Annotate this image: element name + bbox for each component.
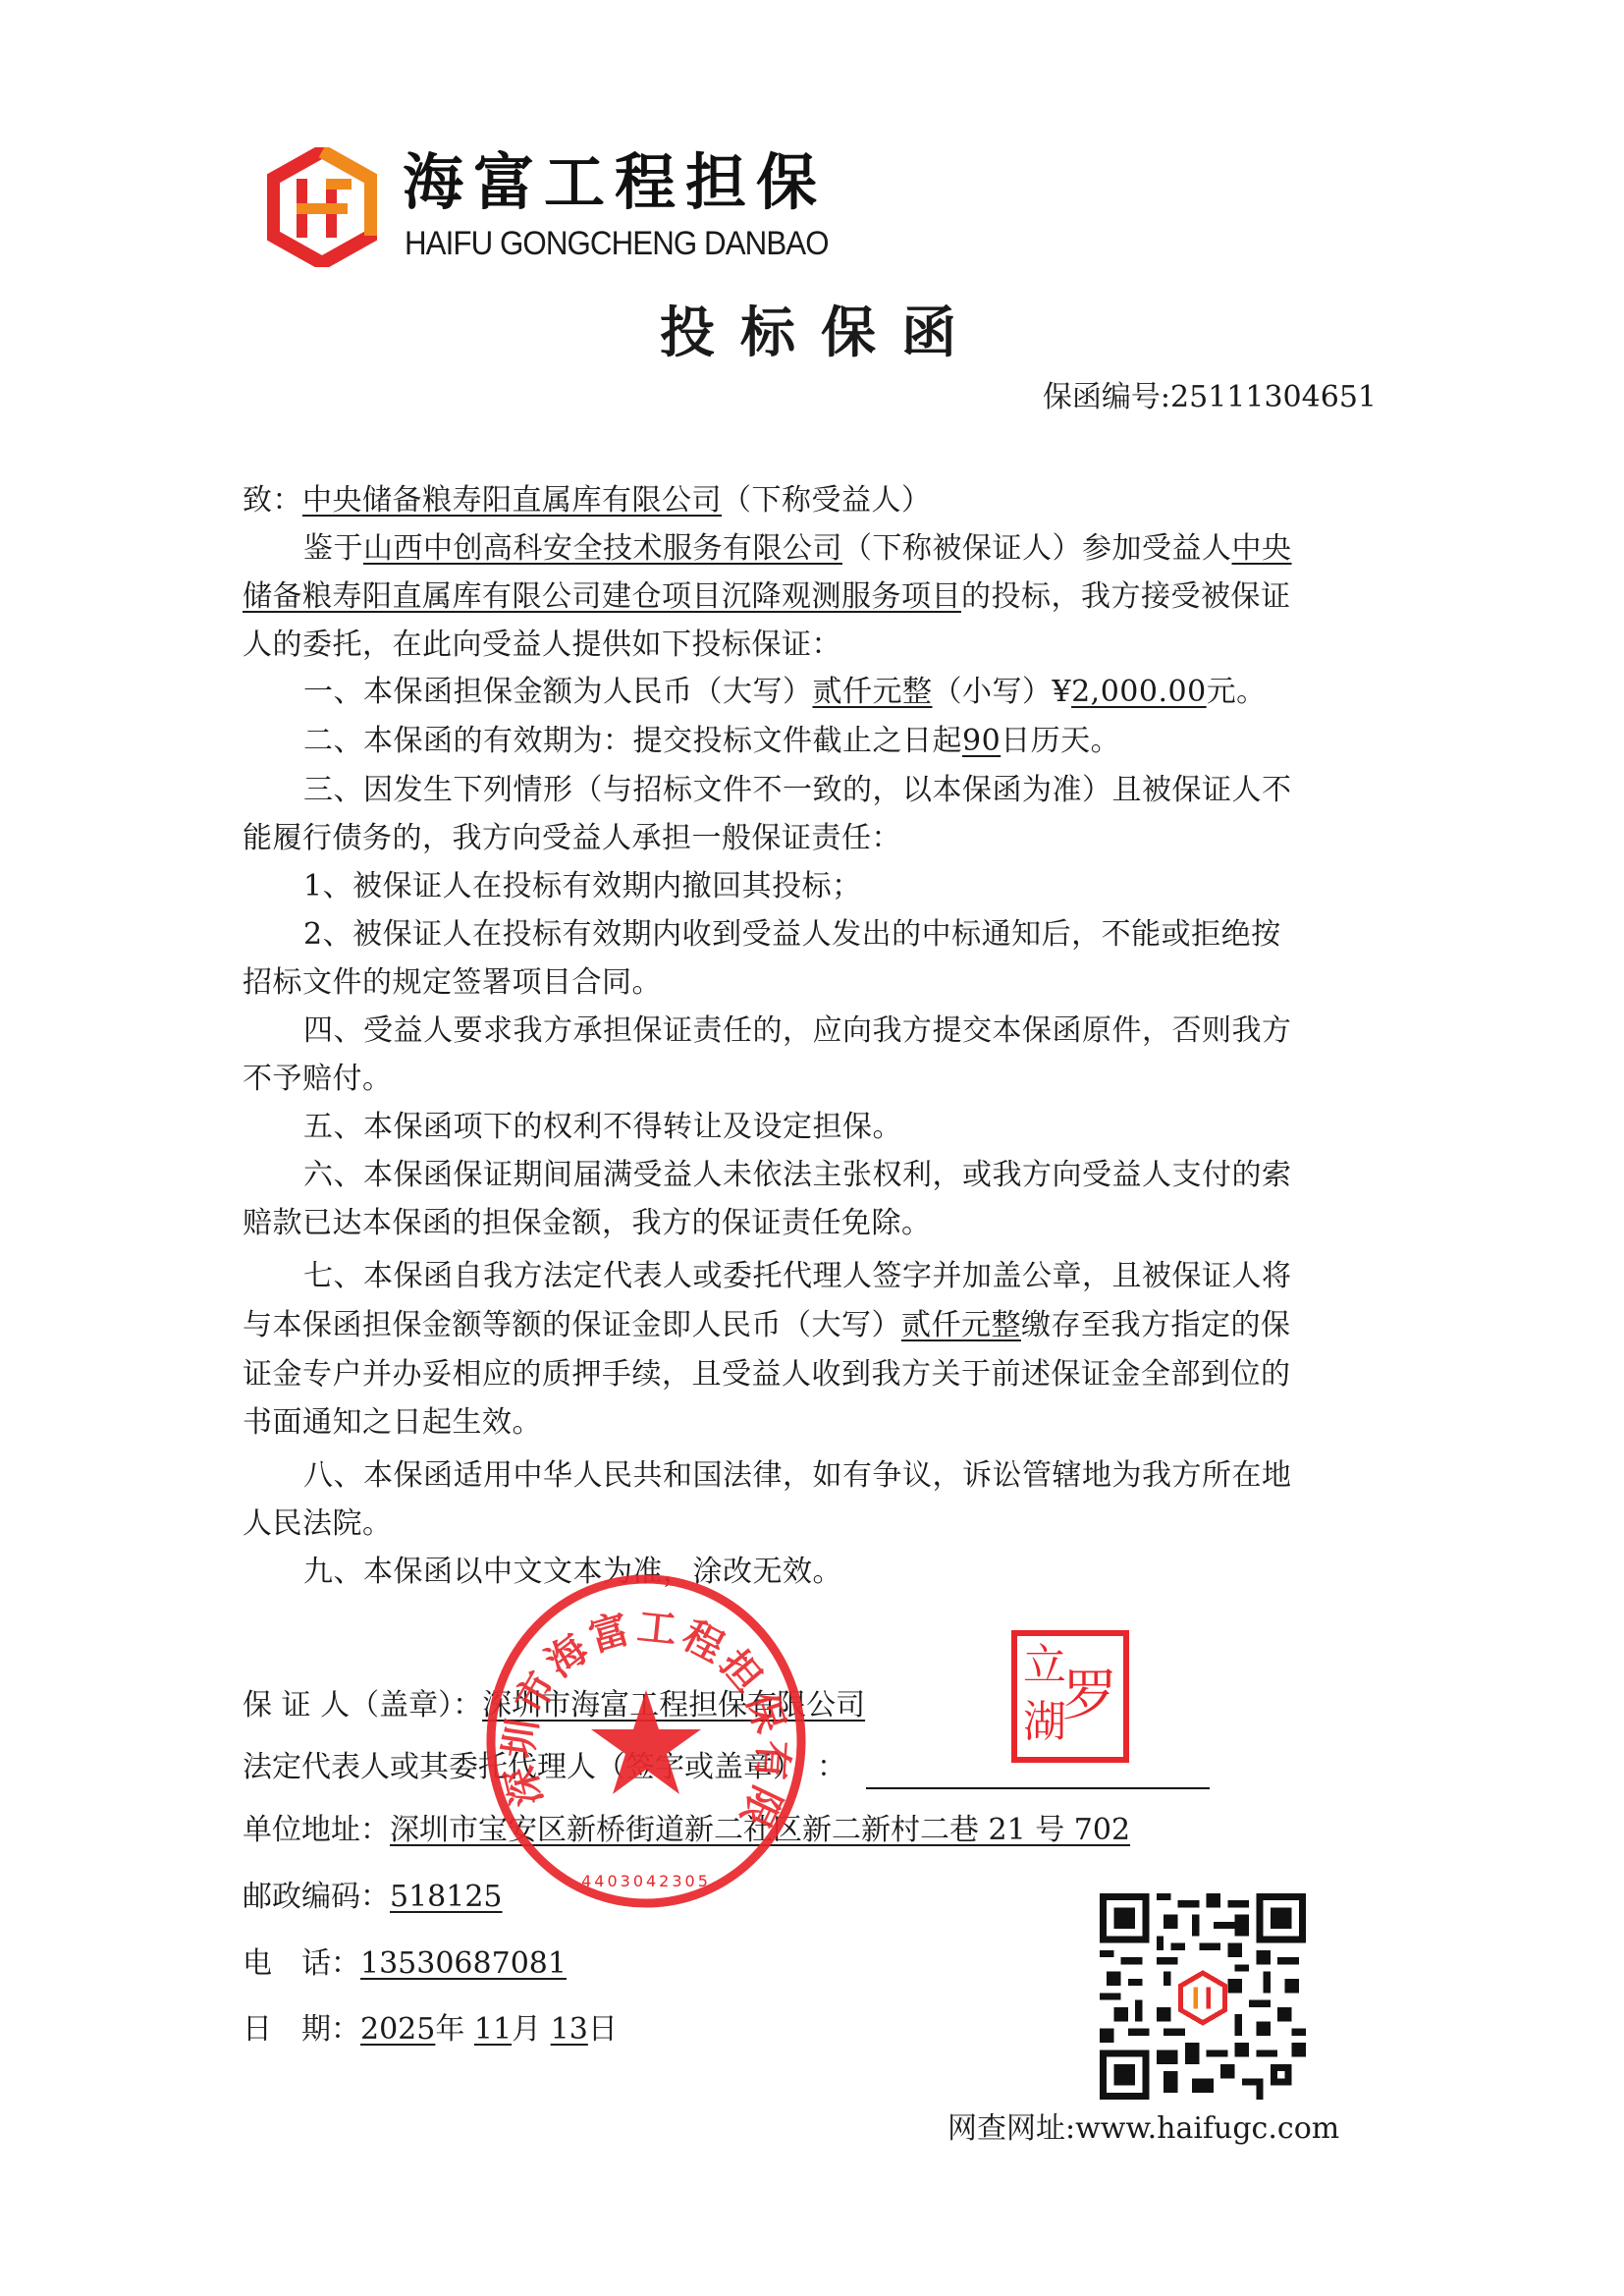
clause-3-2-line-2: 招标文件的规定签署项目合同。 <box>243 958 662 1007</box>
clause-3-1: 1、被保证人在投标有效期内撤回其投标； <box>243 862 862 910</box>
clause-7-line-1: 七、本保函自我方法定代表人或委托代理人签字并加盖公章，且被保证人将 <box>243 1252 1292 1300</box>
document-title: 投标保函 <box>660 300 982 368</box>
guarantee-number: 保函编号:25111304651 <box>1043 378 1377 417</box>
phone-value: 13530687081 <box>360 1946 567 1981</box>
address-line: 单位地址：深圳市宝安区新桥街道新二社区新二新村二巷 21 号 702 <box>243 1809 1130 1852</box>
phone-line: 电 话：13530687081 <box>243 1942 567 1986</box>
guarantor-line: 保 证 人（盖章）：深圳市海富工程担保有限公司 <box>243 1684 865 1727</box>
hf-hexagon-logo-icon <box>267 147 377 267</box>
clause-3-line-2: 能履行债务的，我方向受益人承担一般保证责任： <box>243 814 901 862</box>
amount-lower: 2,000.00 <box>1071 675 1207 709</box>
clause-6-line-2: 赔款已达本保函的担保金额，我方的保证责任免除。 <box>243 1199 932 1247</box>
clause-3-2-line-1: 2、被保证人在投标有效期内收到受益人发出的中标通知后，不能或拒绝按 <box>243 910 1281 958</box>
intro-line-2: 储备粮寿阳直属库有限公司建仓项目沉降观测服务项目的投标，我方接受被保证 <box>243 573 1291 621</box>
company-seal: 深圳市海富工程担保有限公司 4403042305 <box>479 1574 813 1908</box>
clause-7-line-3: 证金专户并办妥相应的质押手续，且受益人收到我方关于前述保证金全部到位的 <box>243 1350 1291 1398</box>
addressee-line: 致：中央储备粮寿阳直属库有限公司（下称受益人） <box>243 476 932 524</box>
date-day: 13 <box>551 2012 588 2047</box>
date-month: 11 <box>474 2012 512 2047</box>
intro-line-3: 人的委托，在此向受益人提供如下投标保证： <box>243 621 841 669</box>
clause-3-line-1: 三、因发生下列情形（与招标文件不一致的，以本保函为准）且被保证人不 <box>243 766 1292 814</box>
guarantee-number-label: 保函编号: <box>1043 380 1170 414</box>
website-line: 网查网址:www.haifugc.com <box>947 2109 1339 2149</box>
project-name: 储备粮寿阳直属库有限公司建仓项目沉降观测服务项目 <box>243 579 961 614</box>
guarantee-number-value: 25111304651 <box>1170 380 1377 414</box>
guarantor-name: 深圳市海富工程担保有限公司 <box>482 1688 865 1722</box>
beneficiary-name: 中央储备粮寿阳直属库有限公司 <box>302 483 722 518</box>
personal-seal: 罗 立 湖 <box>1011 1630 1129 1763</box>
clause-7-line-4: 书面通知之日起生效。 <box>243 1398 542 1447</box>
validity-days: 90 <box>962 724 1001 758</box>
date-year: 2025 <box>360 2012 435 2047</box>
date-line: 日 期：2025年 11月 13日 <box>243 2008 618 2051</box>
clause-8-line-1: 八、本保函适用中华人民共和国法律，如有争议，诉讼管辖地为我方所在地 <box>243 1451 1292 1500</box>
clause-2: 二、本保函的有效期为：提交投标文件截止之日起90日历天。 <box>243 717 1120 765</box>
clause-4-line-1: 四、受益人要求我方承担保证责任的，应向我方提交本保函原件，否则我方 <box>243 1007 1292 1055</box>
applicant-name: 山西中创高科安全技术服务有限公司 <box>363 531 842 566</box>
qr-code-icon[interactable] <box>1100 1892 1306 2101</box>
postcode-line: 邮政编码：518125 <box>243 1876 503 1919</box>
address-value: 深圳市宝安区新桥街道新二社区新二新村二巷 21 号 702 <box>390 1813 1130 1847</box>
website-link[interactable]: www.haifugc.com <box>1075 2111 1339 2146</box>
clause-9: 九、本保函以中文文本为准，涂改无效。 <box>243 1548 842 1596</box>
amount-upper: 贰仟元整 <box>813 675 933 709</box>
clause-5: 五、本保函项下的权利不得转让及设定担保。 <box>243 1103 902 1151</box>
clause-8-line-2: 人民法院。 <box>243 1500 393 1548</box>
clause-1: 一、本保函担保金额为人民币（大写）贰仟元整（小写）¥2,000.00元。 <box>243 668 1267 716</box>
postcode-value: 518125 <box>390 1880 503 1914</box>
intro-line-1: 鉴于山西中创高科安全技术服务有限公司（下称被保证人）参加受益人中央 <box>243 524 1292 573</box>
svg-text:4403042305: 4403042305 <box>581 1872 711 1890</box>
clause-6-line-1: 六、本保函保证期间届满受益人未依法主张权利，或我方向受益人支付的索 <box>243 1151 1292 1199</box>
brand-name-en: HAIFU GONGCHENG DANBAO <box>405 224 829 263</box>
clause-7-line-2: 与本保函担保金额等额的保证金即人民币（大写）贰仟元整缴存至我方指定的保 <box>243 1301 1291 1349</box>
brand-name-cn: 海富工程担保 <box>403 147 827 218</box>
clause-4-line-2: 不予赔付。 <box>243 1055 393 1103</box>
